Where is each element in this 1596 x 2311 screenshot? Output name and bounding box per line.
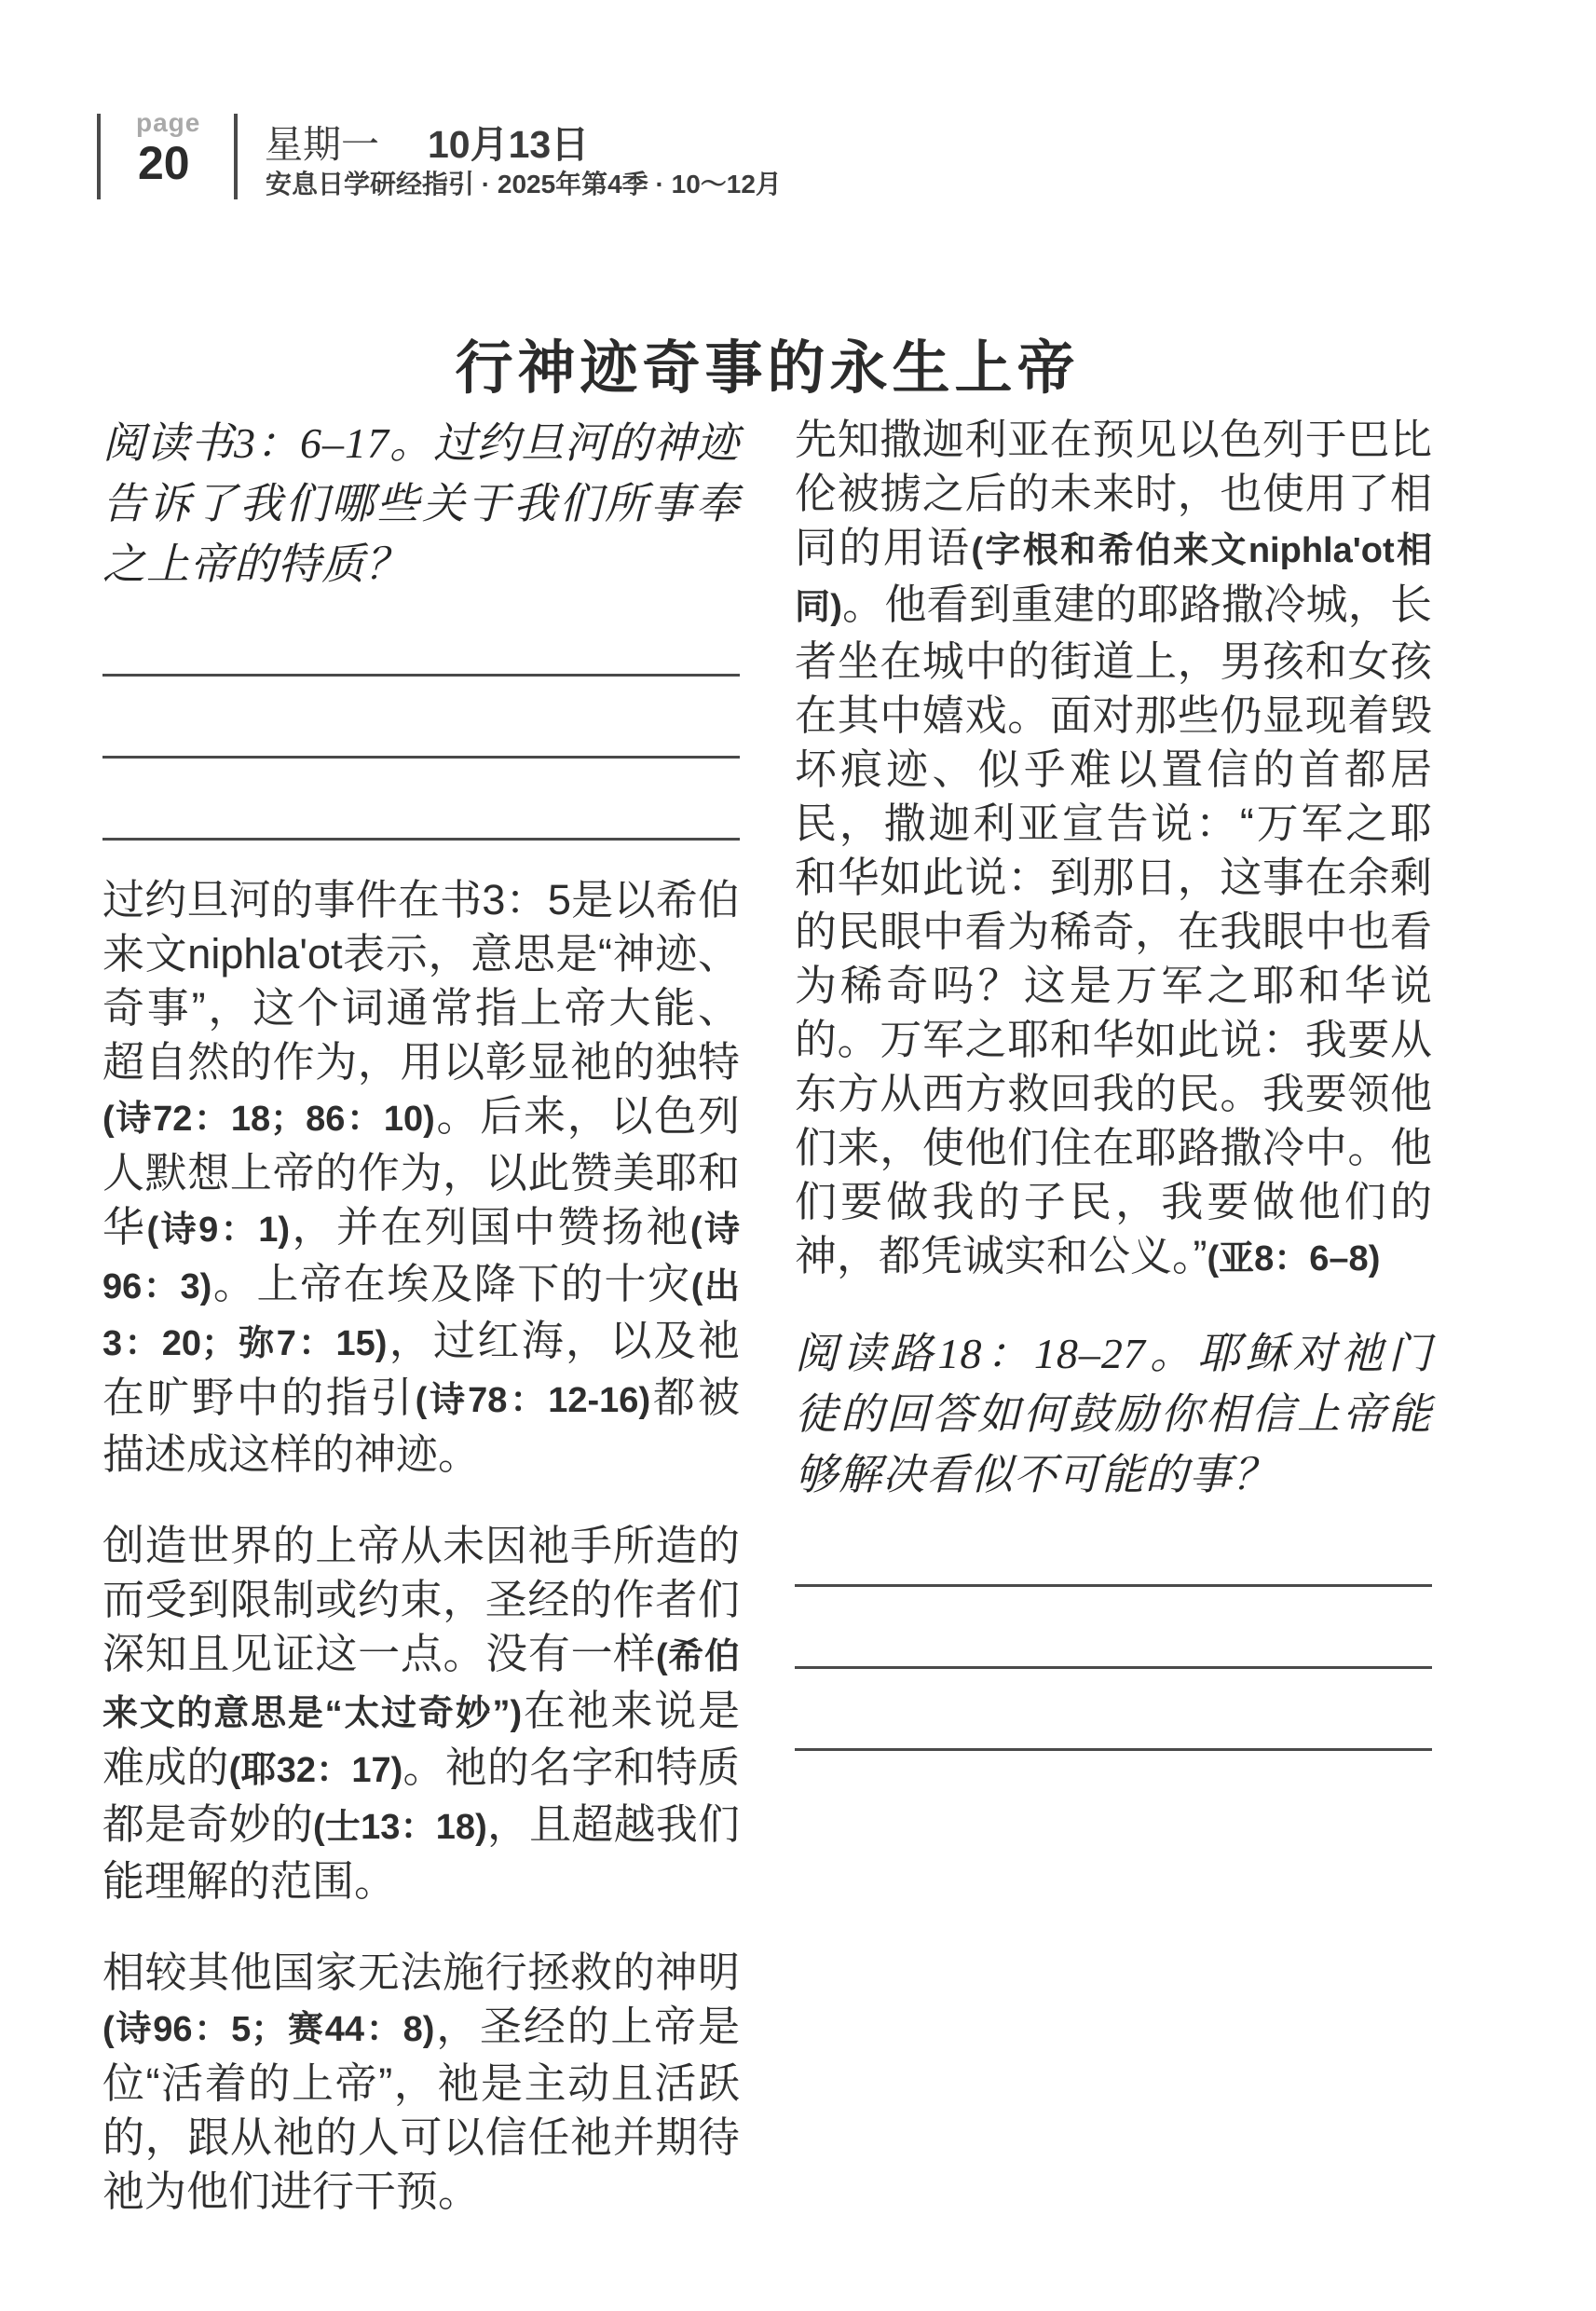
date-label: 10月13日 — [428, 123, 589, 166]
text-segment: 。他看到重建的耶路撒冷城，长者坐在城中的街道上，男孩和女孩在其中嬉戏。面对那些仍… — [795, 581, 1432, 1279]
scripture-reference: (诗72：18；86：10) — [102, 1100, 435, 1139]
left-column: 阅读书3：6–17。过约旦河的神迹告诉了我们哪些关于我们所事奉之上帝的特质？过约… — [102, 413, 740, 2256]
answer-line — [102, 677, 740, 759]
text-segment: 。上帝在埃及降下的十灾 — [211, 1260, 690, 1307]
header-dateline: 星期一10月13日 — [265, 114, 589, 169]
paragraph-living-god: 相较其他国家无法施行拯救的神明(诗96：5；赛44：8)，圣经的上帝是位“活着的… — [102, 1946, 740, 2219]
reading-question-2: 阅读路18：18–27。耶稣对祂门徒的回答如何鼓励你相信上帝能够解决看似不可能的… — [795, 1323, 1432, 1505]
answer-lines-1 — [102, 595, 740, 841]
text-segment: 阅读路18：18–27。耶稣对祂门徒的回答如何鼓励你相信上帝能够解决看似不可能的… — [795, 1330, 1432, 1498]
page-title: 行神迹奇事的永生上帝 — [102, 321, 1432, 404]
header-divider-left — [97, 114, 101, 199]
answer-line — [102, 759, 740, 841]
scripture-reference: (士13：18) — [313, 1808, 487, 1847]
weekday-label: 星期一 — [265, 123, 379, 166]
study-guide-page: { "header": { "page_label": "page", "pag… — [0, 0, 1596, 2311]
paragraph-creator: 创造世界的上帝从未因祂手所造的而受到限制或约束，圣经的作者们深知且见证这一点。没… — [102, 1519, 740, 1908]
header-subtitle: 安息日学研经指引 · 2025年第4季 · 10～12月 — [266, 164, 782, 201]
scripture-reference: (耶32：17) — [229, 1751, 403, 1790]
text-segment: ，并在列国中赞扬祂 — [290, 1203, 690, 1251]
scripture-reference: (亚8：6–8) — [1207, 1239, 1381, 1279]
page-label: page — [136, 108, 200, 138]
header-divider-right — [234, 114, 238, 199]
text-segment: 过约旦河的事件在书3：5是以希伯来文niphla'ot表示，意思是“神迹、奇事”… — [102, 876, 740, 1086]
text-segment: 相较其他国家无法施行拯救的神明 — [102, 1949, 740, 1996]
scripture-reference: (诗78：12-16) — [416, 1381, 651, 1420]
paragraph-niphlaot: 过约旦河的事件在书3：5是以希伯来文niphla'ot表示，意思是“神迹、奇事”… — [102, 873, 740, 1482]
answer-lines-2 — [795, 1505, 1432, 1751]
page-number: 20 — [138, 136, 190, 190]
text-segment: 阅读书3：6–17。过约旦河的神迹告诉了我们哪些关于我们所事奉之上帝的特质？ — [102, 419, 740, 588]
answer-line — [795, 1587, 1432, 1669]
answer-line — [102, 595, 740, 677]
paragraph-zechariah: 先知撒迦利亚在预见以色列于巴比伦被掳之后的未来时，也使用了相同的用语(字根和希伯… — [795, 413, 1432, 1286]
right-column: 先知撒迦利亚在预见以色列于巴比伦被掳之后的未来时，也使用了相同的用语(字根和希伯… — [795, 413, 1432, 1784]
scripture-reference: (诗96：5；赛44：8) — [102, 2010, 434, 2049]
text-segment: 创造世界的上帝从未因祂手所造的而受到限制或约束，圣经的作者们深知且见证这一点。没… — [102, 1522, 740, 1677]
answer-line — [795, 1669, 1432, 1751]
reading-question-1: 阅读书3：6–17。过约旦河的神迹告诉了我们哪些关于我们所事奉之上帝的特质？ — [102, 413, 740, 595]
scripture-reference: (诗9：1) — [146, 1210, 290, 1250]
answer-line — [795, 1505, 1432, 1587]
